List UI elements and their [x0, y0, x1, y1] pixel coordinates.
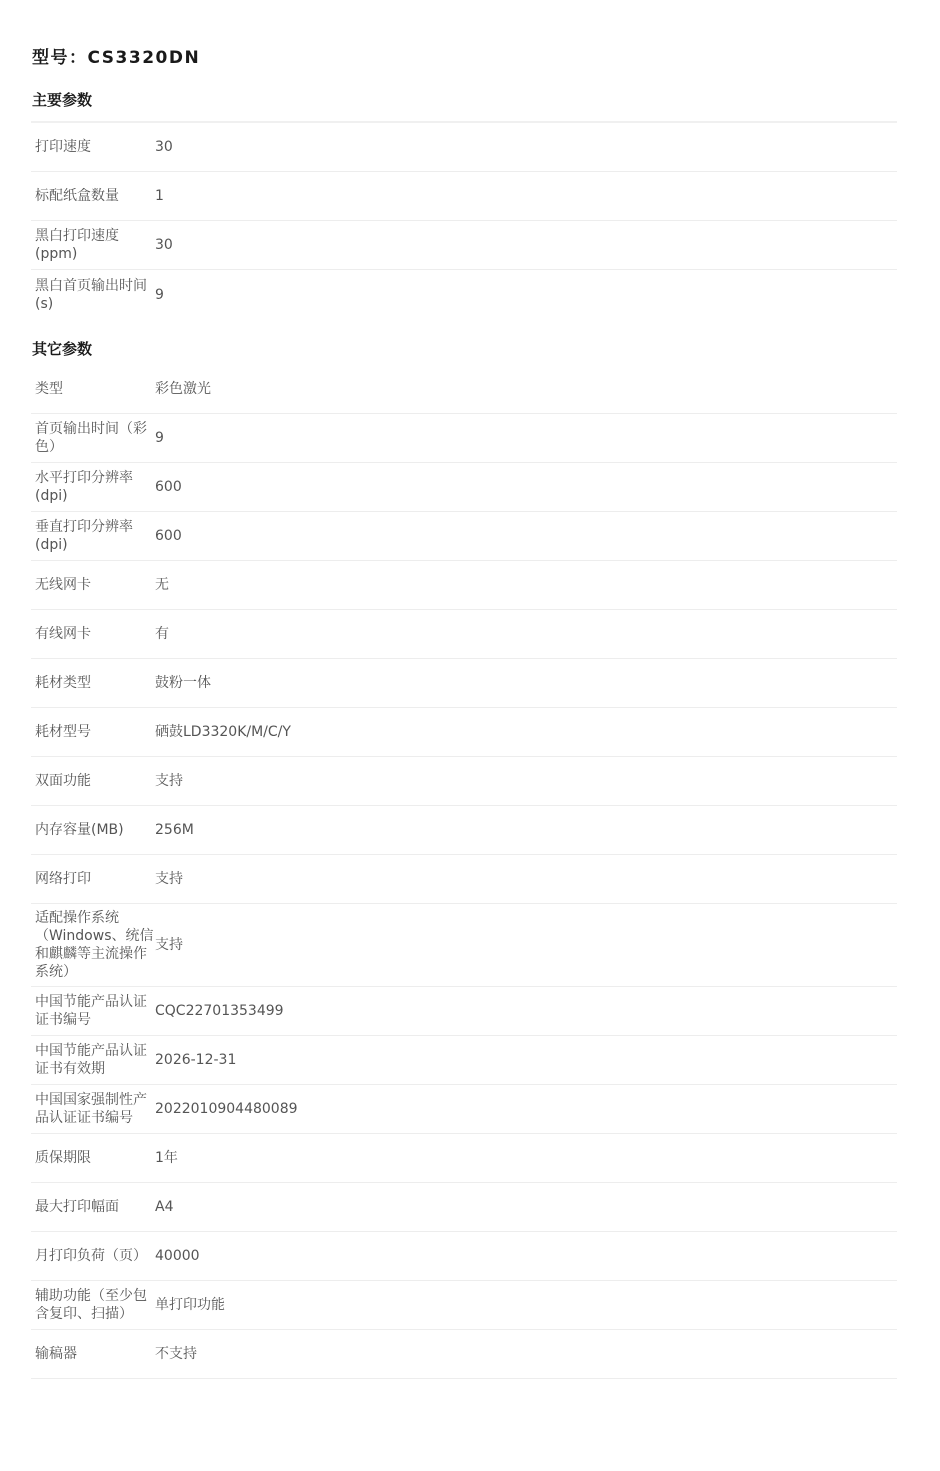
spec-value: CQC22701353499: [155, 1002, 897, 1020]
spec-row: 无线网卡无: [31, 561, 897, 610]
spec-value: 支持: [155, 870, 897, 888]
spec-value: 30: [155, 236, 897, 254]
spec-sections: 主要参数打印速度30标配纸盒数量1黑白打印速度(ppm)30黑白首页输出时间(s…: [31, 91, 897, 1379]
spec-label: 输稿器: [35, 1345, 155, 1363]
spec-label: 首页输出时间（彩色）: [35, 420, 155, 456]
spec-row: 首页输出时间（彩色）9: [31, 414, 897, 463]
spec-value: 600: [155, 478, 897, 496]
spec-row: 适配操作系统（Windows、统信和麒麟等主流操作系统）支持: [31, 904, 897, 987]
spec-label: 最大打印幅面: [35, 1198, 155, 1216]
spec-row: 最大打印幅面A4: [31, 1183, 897, 1232]
spec-table: 类型彩色激光首页输出时间（彩色）9水平打印分辨率(dpi)600垂直打印分辨率(…: [31, 365, 897, 1379]
spec-label: 辅助功能（至少包含复印、扫描）: [35, 1287, 155, 1323]
spec-value: 有: [155, 625, 897, 643]
spec-value: 不支持: [155, 1345, 897, 1363]
spec-row: 辅助功能（至少包含复印、扫描）单打印功能: [31, 1281, 897, 1330]
spec-value: 9: [155, 286, 897, 304]
spec-row: 类型彩色激光: [31, 365, 897, 414]
spec-row: 月打印负荷（页）40000: [31, 1232, 897, 1281]
spec-label: 网络打印: [35, 870, 155, 888]
spec-row: 网络打印支持: [31, 855, 897, 904]
spec-label: 耗材类型: [35, 674, 155, 692]
spec-value: 30: [155, 138, 897, 156]
spec-row: 质保期限1年: [31, 1134, 897, 1183]
spec-value: 支持: [155, 936, 897, 954]
spec-page: 型号：CS3320DN 主要参数打印速度30标配纸盒数量1黑白打印速度(ppm)…: [0, 0, 940, 1379]
model-title: 型号：CS3320DN: [32, 48, 897, 68]
spec-label: 双面功能: [35, 772, 155, 790]
spec-label: 黑白首页输出时间(s): [35, 277, 155, 313]
spec-value: 2022010904480089: [155, 1100, 897, 1118]
spec-label: 有线网卡: [35, 625, 155, 643]
spec-row: 水平打印分辨率(dpi)600: [31, 463, 897, 512]
section-title: 其它参数: [32, 340, 897, 358]
spec-label: 月打印负荷（页）: [35, 1247, 155, 1265]
section-title: 主要参数: [32, 91, 897, 109]
spec-label: 类型: [35, 380, 155, 398]
spec-value: 600: [155, 527, 897, 545]
spec-row: 中国节能产品认证证书有效期2026-12-31: [31, 1036, 897, 1085]
spec-value: 单打印功能: [155, 1296, 897, 1314]
spec-value: 彩色激光: [155, 380, 897, 398]
spec-value: 硒鼓LD3320K/M/C/Y: [155, 723, 897, 741]
spec-value: 9: [155, 429, 897, 447]
spec-label: 无线网卡: [35, 576, 155, 594]
spec-row: 标配纸盒数量1: [31, 172, 897, 221]
spec-row: 耗材类型鼓粉一体: [31, 659, 897, 708]
spec-value: 1: [155, 187, 897, 205]
spec-label: 适配操作系统（Windows、统信和麒麟等主流操作系统）: [35, 909, 155, 981]
spec-value: 256M: [155, 821, 897, 839]
spec-value: 无: [155, 576, 897, 594]
spec-value: 2026-12-31: [155, 1051, 897, 1069]
spec-value: A4: [155, 1198, 897, 1216]
spec-row: 中国国家强制性产品认证证书编号2022010904480089: [31, 1085, 897, 1134]
spec-table: 打印速度30标配纸盒数量1黑白打印速度(ppm)30黑白首页输出时间(s)9: [31, 121, 897, 319]
spec-row: 打印速度30: [31, 123, 897, 172]
spec-row: 黑白首页输出时间(s)9: [31, 270, 897, 319]
spec-row: 内存容量(MB)256M: [31, 806, 897, 855]
spec-label: 内存容量(MB): [35, 821, 155, 839]
spec-value: 40000: [155, 1247, 897, 1265]
spec-label: 耗材型号: [35, 723, 155, 741]
spec-row: 垂直打印分辨率(dpi)600: [31, 512, 897, 561]
spec-row: 耗材型号硒鼓LD3320K/M/C/Y: [31, 708, 897, 757]
spec-label: 质保期限: [35, 1149, 155, 1167]
spec-row: 输稿器不支持: [31, 1330, 897, 1379]
spec-value: 1年: [155, 1149, 897, 1167]
spec-value: 支持: [155, 772, 897, 790]
spec-row: 有线网卡有: [31, 610, 897, 659]
spec-label: 垂直打印分辨率(dpi): [35, 518, 155, 554]
spec-label: 中国节能产品认证证书编号: [35, 993, 155, 1029]
spec-label: 中国节能产品认证证书有效期: [35, 1042, 155, 1078]
spec-label: 黑白打印速度(ppm): [35, 227, 155, 263]
spec-label: 打印速度: [35, 138, 155, 156]
spec-label: 标配纸盒数量: [35, 187, 155, 205]
spec-label: 水平打印分辨率(dpi): [35, 469, 155, 505]
spec-label: 中国国家强制性产品认证证书编号: [35, 1091, 155, 1127]
spec-value: 鼓粉一体: [155, 674, 897, 692]
spec-row: 双面功能支持: [31, 757, 897, 806]
spec-row: 中国节能产品认证证书编号CQC22701353499: [31, 987, 897, 1036]
spec-row: 黑白打印速度(ppm)30: [31, 221, 897, 270]
